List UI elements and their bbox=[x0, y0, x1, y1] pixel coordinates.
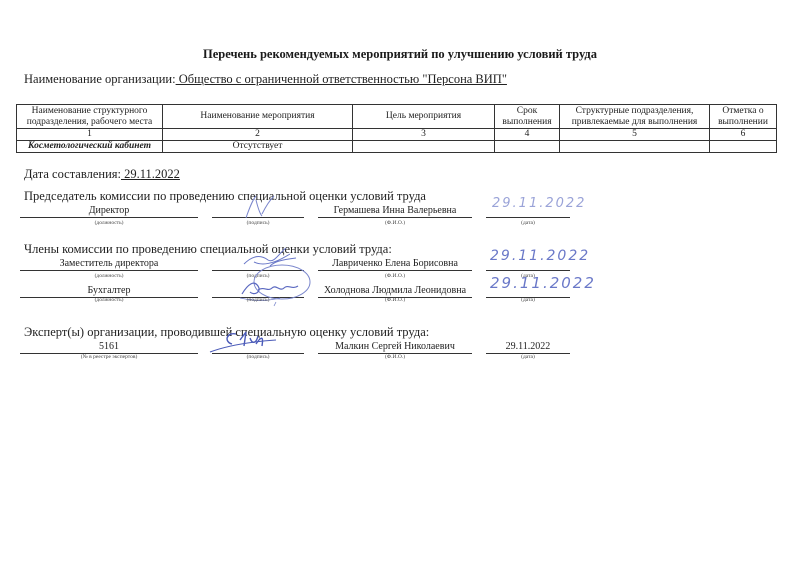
measure-cell: Отсутствует bbox=[163, 141, 353, 153]
caption-signature: (подпись) bbox=[212, 297, 304, 303]
caption-date: (дата) bbox=[486, 220, 570, 226]
caption-name: (Ф.И.О.) bbox=[318, 273, 472, 279]
compilation-date: 29.11.2022 bbox=[121, 167, 184, 181]
chairman-position: Директор bbox=[20, 204, 198, 218]
chairman-signature-icon bbox=[240, 192, 280, 222]
caption-position: (должность) bbox=[20, 220, 198, 226]
expert-name: Малкин Сергей Николаевич bbox=[318, 340, 472, 354]
caption-name: (Ф.И.О.) bbox=[318, 354, 472, 360]
deadline-cell bbox=[495, 141, 560, 153]
organization-label: Наименование организации: bbox=[24, 72, 176, 86]
header-cell: Наименование мероприятия bbox=[163, 105, 353, 129]
workplace-cell: Косметологический кабинет bbox=[17, 141, 163, 153]
caption-name: (Ф.И.О.) bbox=[318, 297, 472, 303]
member-name: Лавриченко Елена Борисовна bbox=[318, 257, 472, 271]
member-position: Заместитель директора bbox=[20, 257, 198, 271]
table-row: Косметологический кабинет Отсутствует bbox=[17, 141, 777, 153]
goal-cell bbox=[353, 141, 495, 153]
table-header-row: Наименование структурного подразделения,… bbox=[17, 105, 777, 129]
chairman-heading: Председатель комиссии по проведению спец… bbox=[24, 189, 426, 204]
members-heading: Члены комиссии по проведению специальной… bbox=[24, 242, 392, 257]
expert-registry-number: 5161 bbox=[20, 340, 198, 354]
organization-name: Общество с ограниченной ответственностью… bbox=[176, 72, 515, 86]
member-handwritten-date: 29.11.2022 bbox=[490, 248, 590, 264]
header-cell: Наименование структурного подразделения,… bbox=[17, 105, 163, 129]
completion-cell bbox=[710, 141, 777, 153]
caption-signature: (подпись) bbox=[212, 354, 304, 360]
chairman-handwritten-date: 29.11.2022 bbox=[492, 196, 586, 211]
caption-registry: (№ в реестре экспертов) bbox=[20, 354, 198, 360]
column-number: 3 bbox=[353, 129, 495, 141]
column-number: 2 bbox=[163, 129, 353, 141]
compilation-date-line: Дата составления: 29.11.2022 bbox=[24, 167, 184, 182]
header-cell: Отметка о выполнении bbox=[710, 105, 777, 129]
measures-table: Наименование структурного подразделения,… bbox=[16, 104, 777, 153]
caption-date: (дата) bbox=[486, 354, 570, 360]
departments-cell bbox=[560, 141, 710, 153]
caption-date: (дата) bbox=[486, 297, 570, 303]
caption-position: (должность) bbox=[20, 273, 198, 279]
organization-line: Наименование организации: Общество с огр… bbox=[24, 72, 515, 87]
expert-signature-icon bbox=[206, 326, 286, 356]
caption-signature: (подпись) bbox=[212, 220, 304, 226]
member-name: Холоднова Людмила Леонидовна bbox=[318, 284, 472, 298]
expert-date: 29.11.2022 bbox=[486, 340, 570, 354]
caption-name: (Ф.И.О.) bbox=[318, 220, 472, 226]
column-number-row: 1 2 3 4 5 6 bbox=[17, 129, 777, 141]
header-cell: Срок выполнения bbox=[495, 105, 560, 129]
compilation-date-label: Дата составления: bbox=[24, 167, 121, 181]
chairman-name: Гермашева Инна Валерьевна bbox=[318, 204, 472, 218]
column-number: 1 bbox=[17, 129, 163, 141]
caption-position: (должность) bbox=[20, 297, 198, 303]
member-handwritten-date: 29.11.2022 bbox=[490, 274, 596, 292]
header-cell: Цель мероприятия bbox=[353, 105, 495, 129]
column-number: 6 bbox=[710, 129, 777, 141]
header-cell: Структурные подразделения, привлекаемые … bbox=[560, 105, 710, 129]
document-title: Перечень рекомендуемых мероприятий по ул… bbox=[0, 47, 800, 62]
member-position: Бухгалтер bbox=[20, 284, 198, 298]
column-number: 4 bbox=[495, 129, 560, 141]
column-number: 5 bbox=[560, 129, 710, 141]
